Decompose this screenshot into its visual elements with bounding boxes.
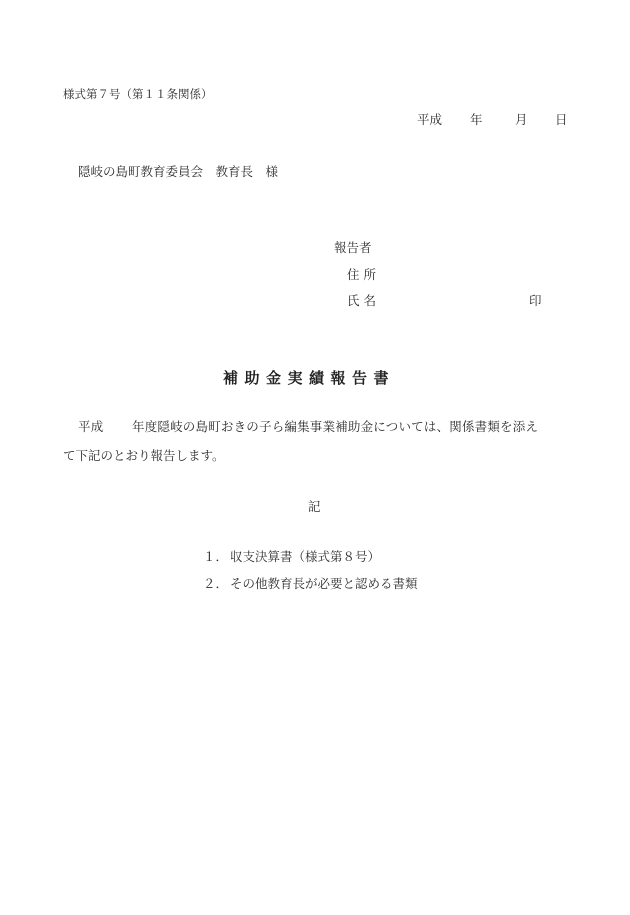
body-text-1: 年度隠岐の島町おきの子ら編集事業補助金については、関係書類を添え (132, 419, 538, 434)
date-line: 平成年月日 (417, 114, 568, 127)
addressee: 隠岐の島町教育委員会 教育長 様 (78, 166, 278, 179)
date-day-unit: 日 (555, 114, 568, 127)
body-text-line-1: 平成年度隠岐の島町おきの子ら編集事業補助金については、関係書類を添え (78, 421, 538, 434)
list-item-text: その他教育長が必要と認める書類 (230, 576, 418, 591)
address-label: 住所 (347, 269, 380, 282)
date-year-unit: 年 (470, 114, 515, 127)
list-item-number: ２． (203, 578, 230, 591)
reporter-label: 報告者 (334, 242, 372, 255)
seal-label: 印 (529, 295, 542, 308)
list-item-text: 収支決算書（様式第８号） (230, 549, 380, 564)
name-label: 氏名 (347, 295, 380, 308)
ki-heading: 記 (308, 501, 321, 514)
list-item: １．収支決算書（様式第８号） (203, 551, 380, 564)
body-text-line-2: て下記のとおり報告します。 (63, 450, 225, 463)
date-era: 平成 (417, 114, 470, 127)
document-title: 補助金実績報告書 (223, 371, 395, 386)
body-era: 平成 (78, 421, 132, 434)
list-item-number: １． (203, 551, 230, 564)
list-item: ２．その他教育長が必要と認める書類 (203, 578, 418, 591)
form-number-label: 様式第７号（第１１条関係） (63, 89, 213, 101)
date-month-unit: 月 (515, 114, 555, 127)
